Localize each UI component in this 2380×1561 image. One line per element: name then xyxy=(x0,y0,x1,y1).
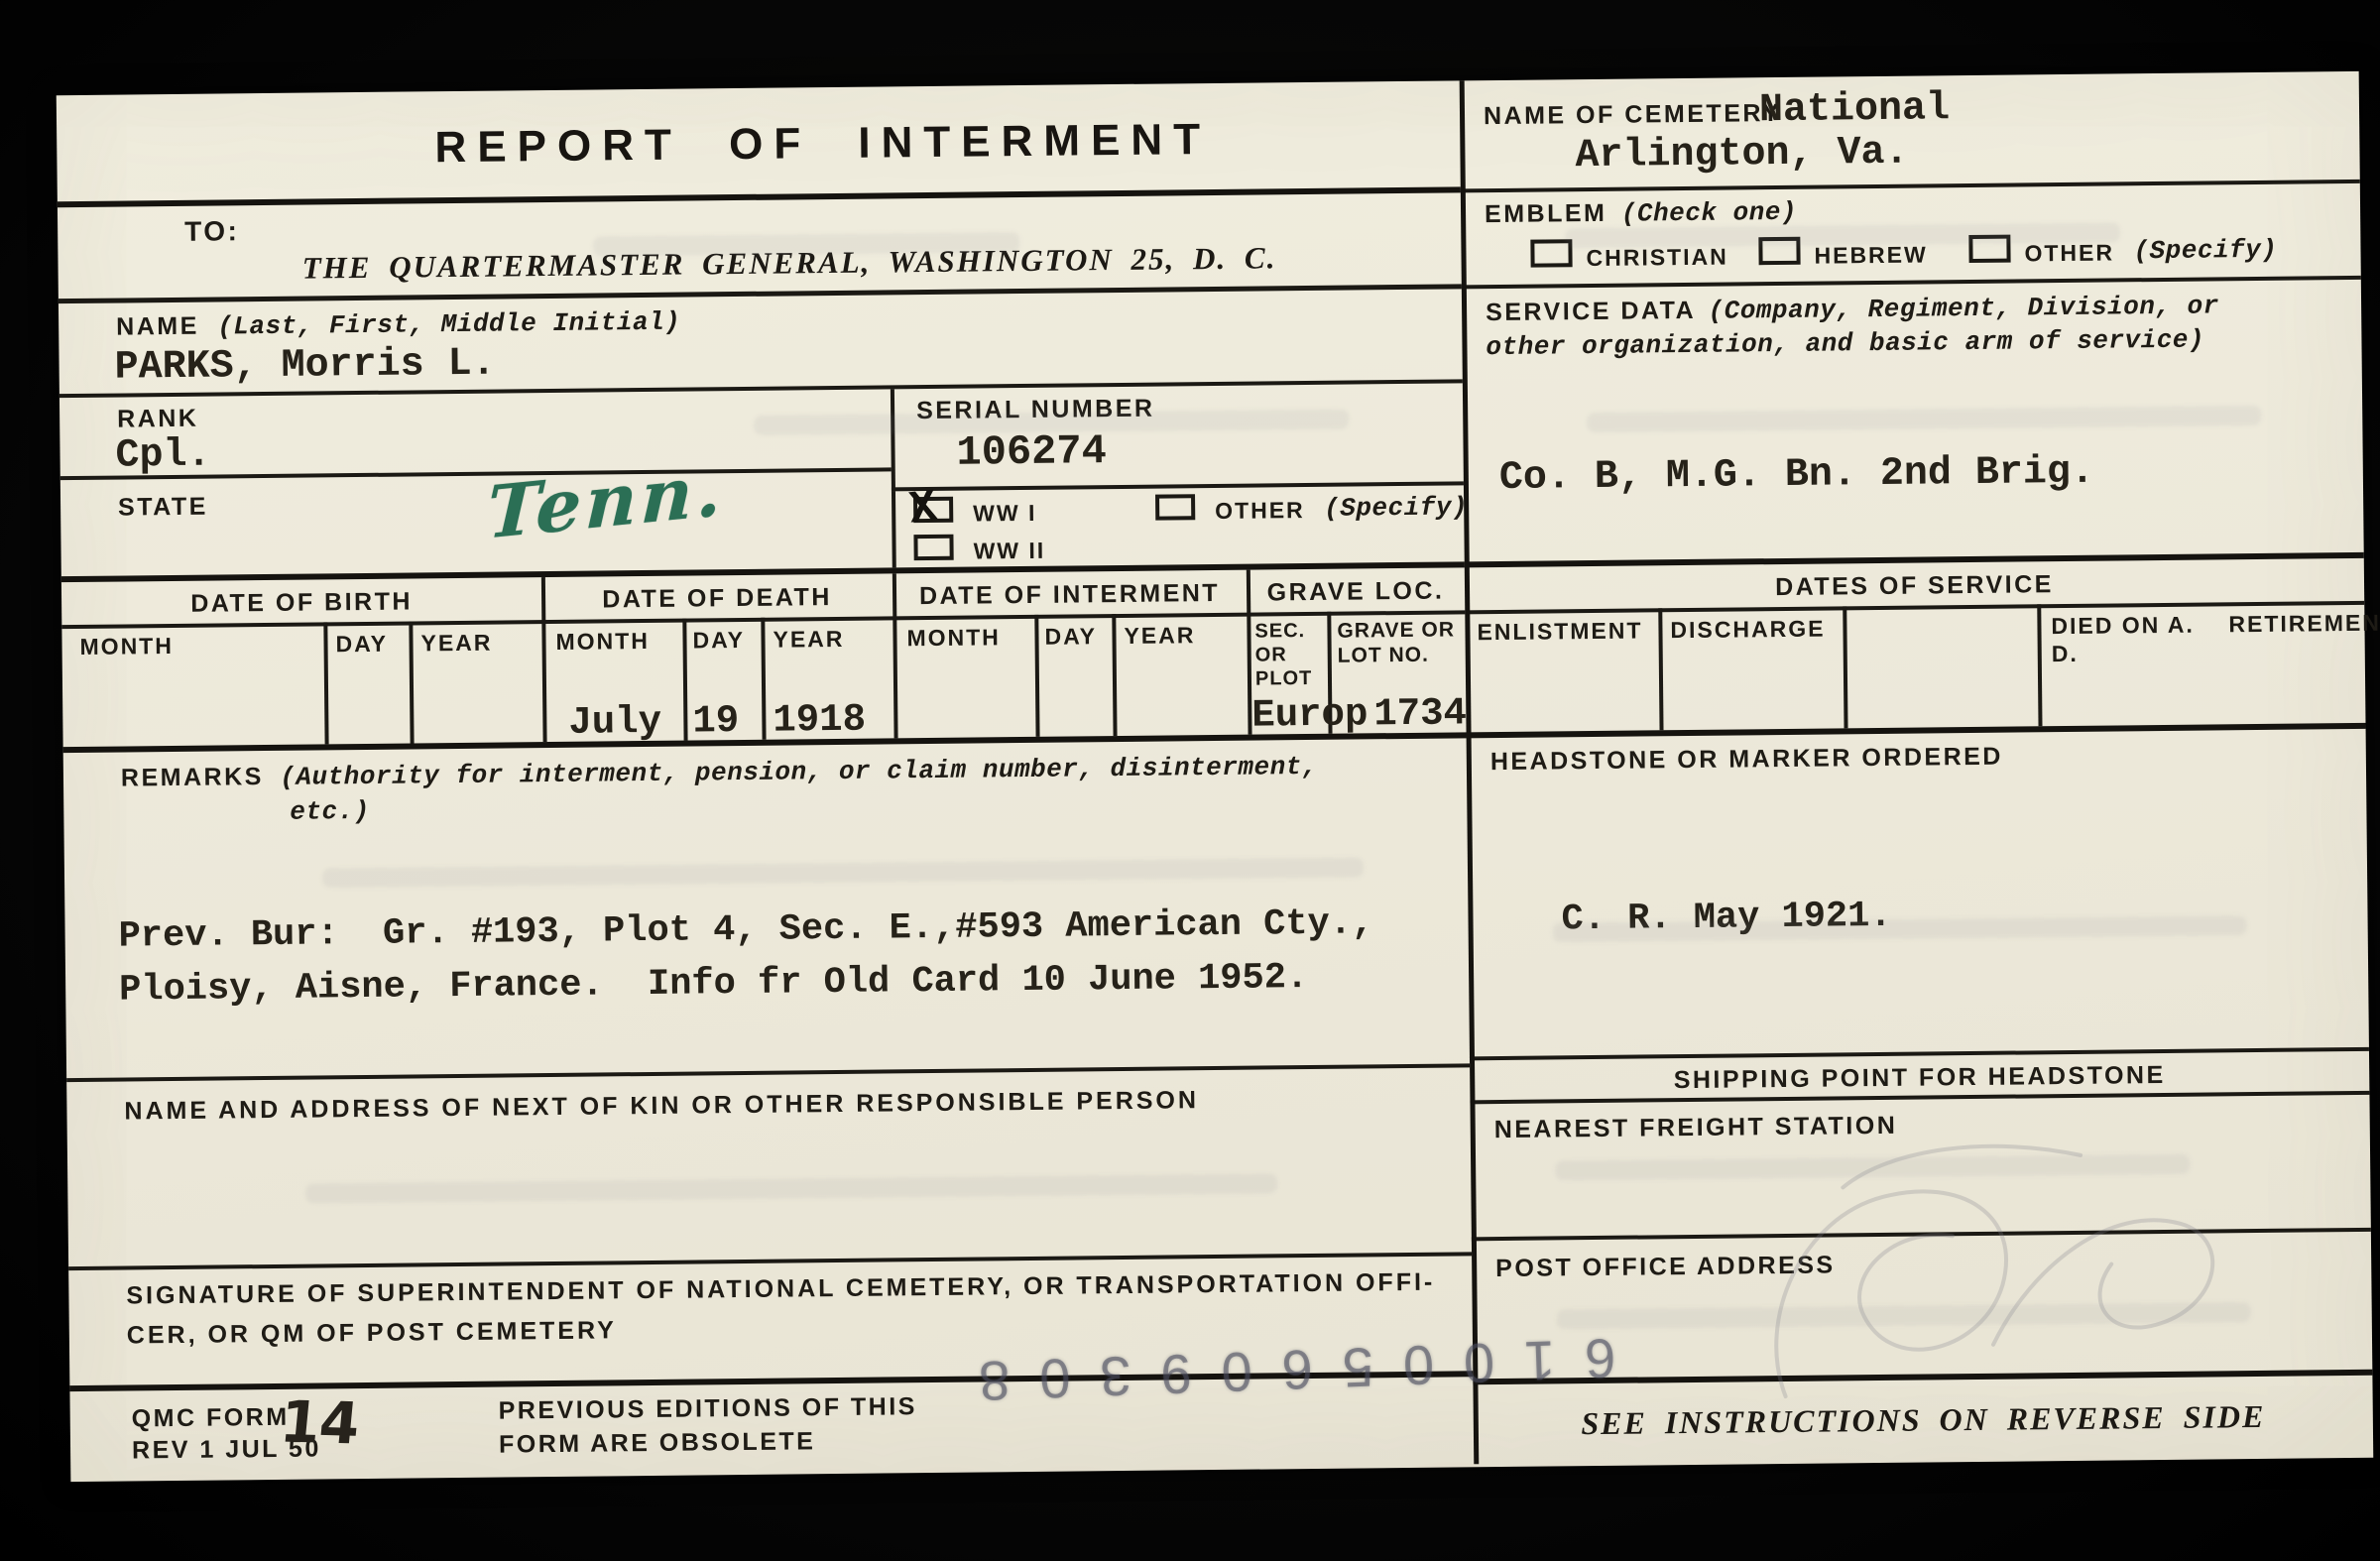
grave-no-col: GRAVE OR LOT NO. xyxy=(1337,617,1462,668)
death-group-title: DATE OF DEATH xyxy=(541,580,892,616)
name-row: NAME (Last, First, Middle Initial) PARKS… xyxy=(59,289,1463,398)
name-value: PARKS, Morris L. xyxy=(114,339,496,395)
enlistment-col: ENLISTMENT xyxy=(1477,617,1642,646)
grave-sec-col: SEC. OR PLOT xyxy=(1254,619,1327,691)
state-label: STATE xyxy=(118,491,208,524)
emblem-other-label: OTHER xyxy=(2024,239,2114,268)
remarks-note: (Authority for interment, pension, or cl… xyxy=(280,752,1318,792)
serial-number-box: SERIAL NUMBER 106274 xyxy=(891,383,1464,491)
state-row: STATE xyxy=(60,471,892,576)
divider xyxy=(323,622,328,744)
emblem-other-note: (Specify) xyxy=(2133,234,2277,269)
cemetery-value-line2: Arlington, Va. xyxy=(1575,128,1909,183)
birth-month-col: MONTH xyxy=(79,633,174,661)
birth-day-col: DAY xyxy=(335,631,388,659)
discharge-col: DISCHARGE xyxy=(1670,616,1825,645)
divider xyxy=(761,618,766,740)
ww2-checkbox xyxy=(913,535,953,560)
death-month-col: MONTH xyxy=(555,628,650,657)
service-data-value: Co. B, M.G. Bn. 2nd Brig. xyxy=(1499,447,2095,505)
cemetery-section: NAME OF CEMETERY National Arlington, Va. xyxy=(1460,71,2360,192)
name-note: (Last, First, Middle Initial) xyxy=(217,307,680,342)
divider xyxy=(1034,615,1039,737)
interment-day-col: DAY xyxy=(1044,623,1097,651)
dates-of-service-table: DATES OF SERVICE ENLISTMENT DISCHARGE DI… xyxy=(1465,552,2366,738)
other-war-checkbox xyxy=(1155,494,1195,520)
death-year-col: YEAR xyxy=(773,626,844,654)
form-id-line1: QMC FORM xyxy=(132,1401,290,1435)
service-data-label: SERVICE DATA xyxy=(1486,297,1696,326)
christian-label: CHRISTIAN xyxy=(1586,244,1728,273)
rank-value: Cpl. xyxy=(115,430,211,483)
page-title: REPORT OF INTERMENT xyxy=(57,112,1460,177)
next-of-kin-section: NAME AND ADDRESS OF NEXT OF KIN OR OTHER… xyxy=(66,1067,1472,1270)
remarks-note-2: etc.) xyxy=(290,795,370,830)
death-month-value: July xyxy=(568,697,661,749)
interment-year-col: YEAR xyxy=(1124,622,1195,650)
next-of-kin-label: NAME AND ADDRESS OF NEXT OF KIN OR OTHER… xyxy=(124,1082,1433,1128)
divider xyxy=(1658,608,1663,730)
previous-editions-line2: FORM ARE OBSOLETE xyxy=(499,1425,816,1461)
other-war-label: OTHER xyxy=(1215,497,1305,526)
death-day-value: 19 xyxy=(692,696,739,747)
remarks-value-line2: Ploisy, Aisne, France. Info fr Old Card … xyxy=(119,954,1308,1015)
birth-year-col: YEAR xyxy=(420,630,492,658)
serial-number-value: 106274 xyxy=(956,424,1107,480)
other-war-note: (Specify) xyxy=(1324,491,1468,526)
title-row: REPORT OF INTERMENT xyxy=(57,80,1461,207)
birth-group-title: DATE OF BIRTH xyxy=(61,584,541,622)
divider xyxy=(1112,614,1117,736)
remarks-label: REMARKS xyxy=(121,763,264,792)
hebrew-label: HEBREW xyxy=(1814,241,1928,270)
divider xyxy=(2037,604,2042,726)
name-label: NAME xyxy=(116,312,199,341)
scan-background: REPORT OF INTERMENT TO: THE QUARTERMASTE… xyxy=(0,0,2380,1561)
remarks-section: REMARKS (Authority for interment, pensio… xyxy=(63,738,1470,1082)
headstone-section: HEADSTONE OR MARKER ORDERED C. R. May 19… xyxy=(1467,729,2369,1060)
stamped-number: 61005609308 xyxy=(851,1334,1715,1414)
divider xyxy=(682,619,687,741)
retirement-col: RETIREMENT xyxy=(2228,610,2380,639)
signature-label-line1: SIGNATURE OF SUPERINTENDENT OF NATIONAL … xyxy=(126,1266,1445,1312)
interment-report-card: REPORT OF INTERMENT TO: THE QUARTERMASTE… xyxy=(57,71,2374,1482)
remarks-value-line1: Prev. Bur: Gr. #193, Plot 4, Sec. E.,#59… xyxy=(118,900,1373,960)
ww1-label: WW I xyxy=(973,500,1036,528)
dates-of-service-title: DATES OF SERVICE xyxy=(1465,565,2364,607)
grave-no-value: 1734 xyxy=(1373,688,1467,740)
death-day-col: DAY xyxy=(692,627,745,655)
war-service-box: X WW I OTHER (Specify) WW II xyxy=(892,485,1465,567)
headstone-label: HEADSTONE OR MARKER ORDERED xyxy=(1490,741,2003,779)
interment-group-title: DATE OF INTERMENT xyxy=(892,577,1247,613)
ww1-checkmark: X xyxy=(906,482,939,537)
grave-sec-value: Europ xyxy=(1251,689,1368,741)
shipping-point-label: SHIPPING POINT FOR HEADSTONE xyxy=(1470,1057,2369,1099)
died-col: DIED ON A. D. xyxy=(2051,611,2225,667)
divider xyxy=(1843,606,1847,728)
ww2-label: WW II xyxy=(973,538,1045,565)
pencil-scribble xyxy=(1663,1094,2302,1438)
to-label: TO: xyxy=(184,213,240,250)
date-table: DATE OF BIRTH DATE OF DEATH DATE OF INTE… xyxy=(61,561,1467,753)
emblem-note: (Check one) xyxy=(1621,197,1797,229)
grave-group-title: GRAVE LOC. xyxy=(1247,574,1465,609)
interment-month-col: MONTH xyxy=(906,624,1001,653)
divider xyxy=(409,621,414,743)
cemetery-label: NAME OF CEMETERY xyxy=(1484,97,1782,133)
handwritten-form-number: 14 xyxy=(278,1388,362,1458)
emblem-label: EMBLEM xyxy=(1485,199,1607,228)
death-year-value: 1918 xyxy=(773,695,866,747)
